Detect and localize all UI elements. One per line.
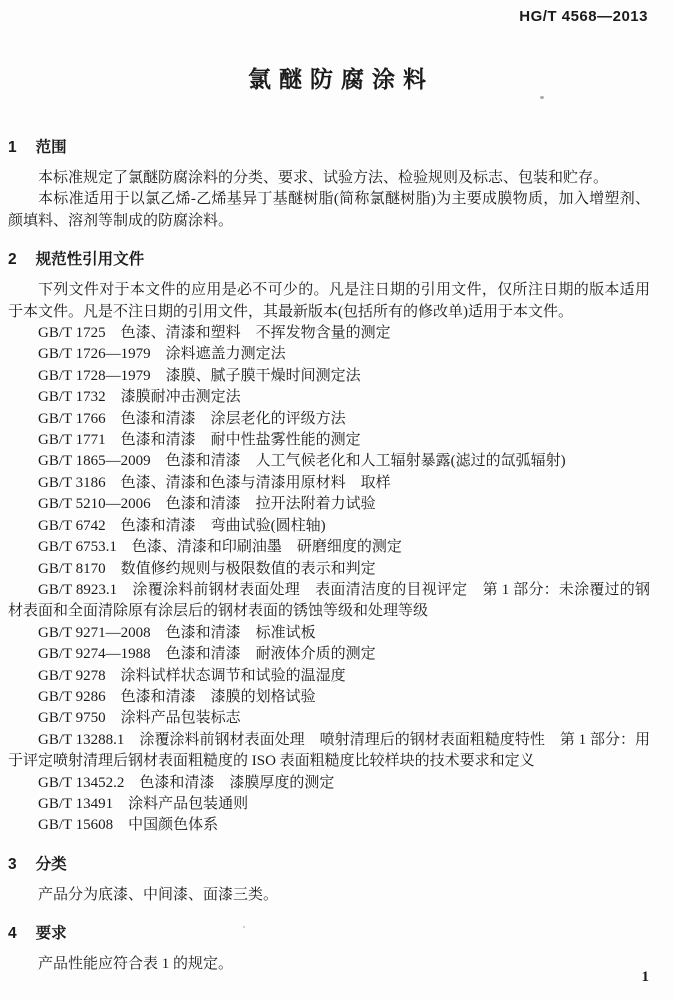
- reference-item: GB/T 1726—1979 涂料遮盖力测定法: [8, 344, 650, 365]
- section-2-heading: 2规范性引用文件: [8, 249, 650, 271]
- section-3-heading: 3分类: [8, 854, 650, 876]
- paragraph: 产品性能应符合表 1 的规定。: [8, 954, 650, 975]
- reference-item: GB/T 9271—2008 色漆和清漆 标准试板: [8, 623, 650, 644]
- scan-speck: [540, 96, 544, 99]
- reference-item: GB/T 1865—2009 色漆和清漆 人工气候老化和人工辐射暴露(滤过的氙弧…: [8, 451, 650, 472]
- reference-item: GB/T 8923.1 涂覆涂料前钢材表面处理 表面清洁度的目视评定 第 1 部…: [8, 580, 650, 623]
- scan-speck: [243, 926, 245, 928]
- paragraph: 本标准规定了氯醚防腐涂料的分类、要求、试验方法、检验规则及标志、包装和贮存。: [8, 168, 650, 189]
- reference-item: GB/T 13452.2 色漆和清漆 漆膜厚度的测定: [8, 773, 650, 794]
- paragraph: 产品分为底漆、中间漆、面漆三类。: [8, 885, 650, 906]
- section-number: 2: [8, 249, 17, 271]
- references-list: GB/T 1725 色漆、清漆和塑料 不挥发物含量的测定GB/T 1726—19…: [8, 323, 650, 837]
- section-heading-text: 范围: [36, 139, 67, 156]
- reference-item: GB/T 1728—1979 漆膜、腻子膜干燥时间测定法: [8, 366, 650, 387]
- reference-item: GB/T 9750 涂料产品包装标志: [8, 708, 650, 729]
- reference-item: GB/T 9278 涂料试样状态调节和试验的温湿度: [8, 666, 650, 687]
- document-title: 氯醚防腐涂料: [0, 61, 674, 94]
- reference-item: GB/T 5210—2006 色漆和清漆 拉开法附着力试验: [8, 494, 650, 515]
- reference-item: GB/T 8170 数值修约规则与极限数值的表示和判定: [8, 559, 650, 580]
- section-heading-text: 规范性引用文件: [36, 251, 145, 268]
- reference-item: GB/T 13491 涂料产品包装通则: [8, 794, 650, 815]
- paragraph: 下列文件对于本文件的应用是必不可少的。凡是注日期的引用文件，仅所注日期的版本适用…: [8, 280, 650, 323]
- section-1-heading: 1范围: [8, 137, 650, 159]
- reference-item: GB/T 13288.1 涂覆涂料前钢材表面处理 喷射清理后的钢材表面粗糙度特性…: [8, 730, 650, 773]
- document-body: 1范围 本标准规定了氯醚防腐涂料的分类、要求、试验方法、检验规则及标志、包装和贮…: [0, 137, 674, 976]
- reference-item: GB/T 9274—1988 色漆和清漆 耐液体介质的测定: [8, 644, 650, 665]
- reference-item: GB/T 1732 漆膜耐冲击测定法: [8, 387, 650, 408]
- reference-item: GB/T 1766 色漆和清漆 涂层老化的评级方法: [8, 409, 650, 430]
- section-number: 3: [8, 854, 17, 876]
- section-heading-text: 要求: [36, 925, 67, 942]
- section-4-heading: 4要求: [8, 923, 650, 945]
- section-number: 1: [8, 137, 17, 159]
- reference-item: GB/T 6753.1 色漆、清漆和印刷油墨 研磨细度的测定: [8, 537, 650, 558]
- section-heading-text: 分类: [36, 856, 67, 873]
- standard-code: HG/T 4568—2013: [0, 0, 674, 25]
- reference-item: GB/T 1771 色漆和清漆 耐中性盐雾性能的测定: [8, 430, 650, 451]
- reference-item: GB/T 15608 中国颜色体系: [8, 815, 650, 836]
- reference-item: GB/T 1725 色漆、清漆和塑料 不挥发物含量的测定: [8, 323, 650, 344]
- section-number: 4: [8, 923, 17, 945]
- paragraph: 本标准适用于以氯乙烯-乙烯基异丁基醚树脂(简称氯醚树脂)为主要成膜物质，加入增塑…: [8, 189, 650, 232]
- document-page: HG/T 4568—2013 氯醚防腐涂料 1范围 本标准规定了氯醚防腐涂料的分…: [0, 0, 674, 1000]
- reference-item: GB/T 6742 色漆和清漆 弯曲试验(圆柱轴): [8, 516, 650, 537]
- reference-item: GB/T 9286 色漆和清漆 漆膜的划格试验: [8, 687, 650, 708]
- page-number: 1: [642, 969, 650, 986]
- reference-item: GB/T 3186 色漆、清漆和色漆与清漆用原材料 取样: [8, 473, 650, 494]
